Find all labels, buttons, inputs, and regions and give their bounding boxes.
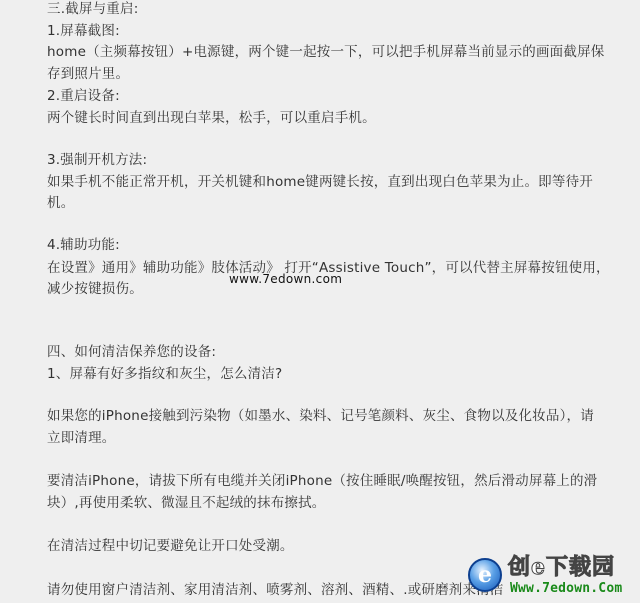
- logo-title: 创e下载园: [508, 550, 615, 581]
- paragraph-line: 减少按键损伤。: [47, 280, 143, 298]
- document-page: 三.截屏与重启: 1.屏幕截图: home（主频幕按钮）+电源键，两个键一起按一…: [0, 0, 640, 603]
- section-heading-cleaning: 四、如何清洁保养您的设备:: [47, 343, 216, 361]
- paragraph-line: 两个键长时间直到出现白苹果，松手，可以重启手机。: [47, 109, 376, 127]
- ie-e-icon: e: [468, 558, 502, 592]
- paragraph-line: 在清洁过程中切记要避免让开口处受潮。: [47, 537, 294, 555]
- paragraph-line: 立即清理。: [47, 429, 116, 447]
- section-heading-screenshot-restart: 三.截屏与重启:: [47, 0, 138, 18]
- paragraph-line: 存到照片里。: [47, 65, 129, 83]
- subheading-accessibility: 4.辅助功能:: [47, 236, 120, 254]
- paragraph-line: home（主频幕按钮）+电源键，两个键一起按一下，可以把手机屏幕当前显示的画面截…: [47, 43, 604, 61]
- paragraph-line: 块）,再使用柔软、微湿且不起绒的抹布擦拭。: [47, 494, 326, 512]
- subheading-screen-cleaning: 1、屏幕有好多指纹和灰尘，怎么清洁?: [47, 365, 282, 383]
- paragraph-line: 如果手机不能正常开机，开关机键和home键两键长按，直到出现白色苹果为止。即等待…: [47, 173, 593, 191]
- subheading-force-boot: 3.强制开机方法:: [47, 151, 147, 169]
- paragraph-line: 要清洁iPhone，请拔下所有电缆并关闭iPhone（按住睡眠/唤醒按钮，然后滑…: [47, 472, 597, 490]
- paragraph-line: 请勿使用窗户清洁剂、家用清洁剂、喷雾剂、溶剂、酒精、.或研磨剂来清洁: [47, 581, 504, 599]
- logo-url: Www.7edown.Com: [510, 581, 622, 596]
- center-watermark: www.7edown.com: [229, 272, 342, 286]
- subheading-restart: 2.重启设备:: [47, 87, 120, 105]
- paragraph-line: 如果您的iPhone接触到污染物（如墨水、染料、记号笔颜料、灰尘、食物以及化妆品…: [47, 407, 594, 425]
- paragraph-line: 机。: [47, 194, 74, 212]
- logo-letter: e: [470, 560, 500, 590]
- site-logo-watermark: e 创e下载园 Www.7edown.Com: [468, 548, 640, 603]
- subheading-screenshot: 1.屏幕截图:: [47, 22, 120, 40]
